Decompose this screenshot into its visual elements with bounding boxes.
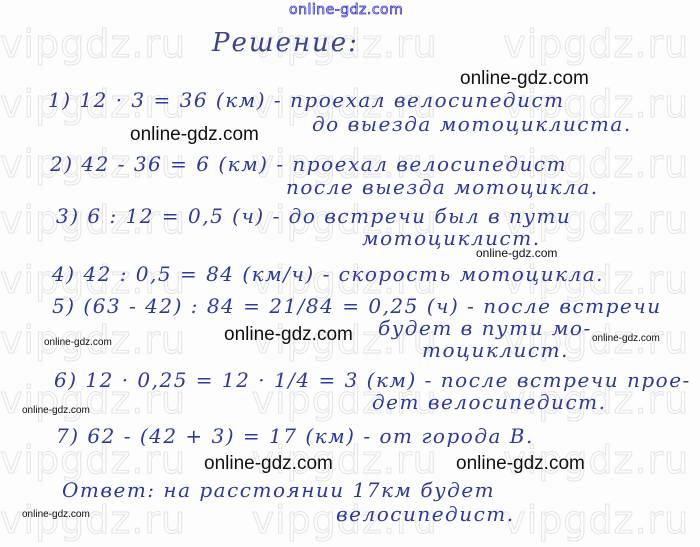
overlay-watermark: online-gdz.com — [130, 124, 259, 146]
step-1: 1) 12 · 3 = 36 (км) - проехал велосипеди… — [48, 88, 565, 112]
step-2-continuation: после выезда мотоцикла. — [286, 175, 599, 199]
step-expression: 12 · 3 = 36 (км) — [79, 88, 266, 112]
step-number: 4) — [52, 262, 76, 286]
step-expression: 42 : 0,5 = 84 (км/ч) — [83, 262, 314, 286]
step-5-continuation: будет в пути мо- — [378, 316, 592, 340]
step-number: 2) — [50, 152, 74, 176]
step-3: 3) 6 : 12 = 0,5 (ч) - до встречи был в п… — [56, 204, 571, 228]
step-6: 6) 12 · 0,25 = 12 · 1/4 = 3 (км) - после… — [54, 368, 691, 392]
answer-line-1: Ответ: на расстоянии 17км будет — [62, 478, 495, 502]
step-expression: (63 - 42) : 84 = 21/84 = 0,25 (ч) — [83, 294, 459, 318]
step-1-continuation: до выезда мотоциклиста. — [312, 112, 632, 136]
overlay-watermark: online-gdz.com — [456, 453, 585, 475]
step-text: - от города В. — [363, 424, 533, 448]
overlay-watermark: online-gdz.com — [460, 68, 589, 90]
step-expression: 6 : 12 = 0,5 (ч) — [87, 204, 264, 228]
step-expression: 42 - 36 = 6 (км) — [81, 152, 268, 176]
step-5-continuation-2: тоциклист. — [422, 338, 569, 362]
step-7: 7) 62 - (42 + 3) = 17 (км) - от города В… — [56, 424, 534, 448]
step-expression: 62 - (42 + 3) = 17 (км) — [87, 424, 355, 448]
step-text: - после встречи — [467, 294, 661, 318]
overlay-watermark-small: online-gdz.com — [44, 337, 112, 348]
overlay-watermark: online-gdz.com — [224, 324, 353, 346]
step-text: - проехал велосипедист — [276, 152, 567, 176]
step-5: 5) (63 - 42) : 84 = 21/84 = 0,25 (ч) - п… — [52, 294, 662, 318]
step-text: - до встречи был в пути — [273, 204, 572, 228]
step-2: 2) 42 - 36 = 6 (км) - проехал велосипеди… — [50, 152, 567, 176]
overlay-watermark: online-gdz.com — [204, 453, 333, 475]
overlay-watermark-small: online-gdz.com — [592, 333, 660, 344]
step-number: 5) — [52, 294, 76, 318]
step-expression: 12 · 0,25 = 12 · 1/4 = 3 (км) — [85, 368, 416, 392]
solution-title: Решение: — [212, 28, 359, 58]
step-6-continuation: дет велосипедист. — [372, 390, 606, 414]
step-text: - проехал велосипедист — [274, 88, 565, 112]
step-number: 7) — [56, 424, 80, 448]
step-number: 6) — [54, 368, 78, 392]
overlay-watermark-small: online-gdz.com — [22, 405, 90, 416]
step-4: 4) 42 : 0,5 = 84 (км/ч) - скорость мотоц… — [52, 262, 604, 286]
answer-line-2: велосипедист. — [336, 502, 515, 526]
step-text: - после встречи прое- — [425, 368, 691, 392]
top-watermark: online-gdz.com — [289, 2, 403, 18]
overlay-watermark-small: online-gdz.com — [476, 246, 557, 260]
overlay-watermark-small: online-gdz.com — [22, 509, 90, 520]
scanned-page: vipgdz.ru vipgdz.ru vipgdz.ru vipgdz.ru … — [0, 0, 700, 547]
step-number: 3) — [56, 204, 80, 228]
step-number: 1) — [48, 88, 72, 112]
step-text: - скорость мотоцикла. — [323, 262, 604, 286]
